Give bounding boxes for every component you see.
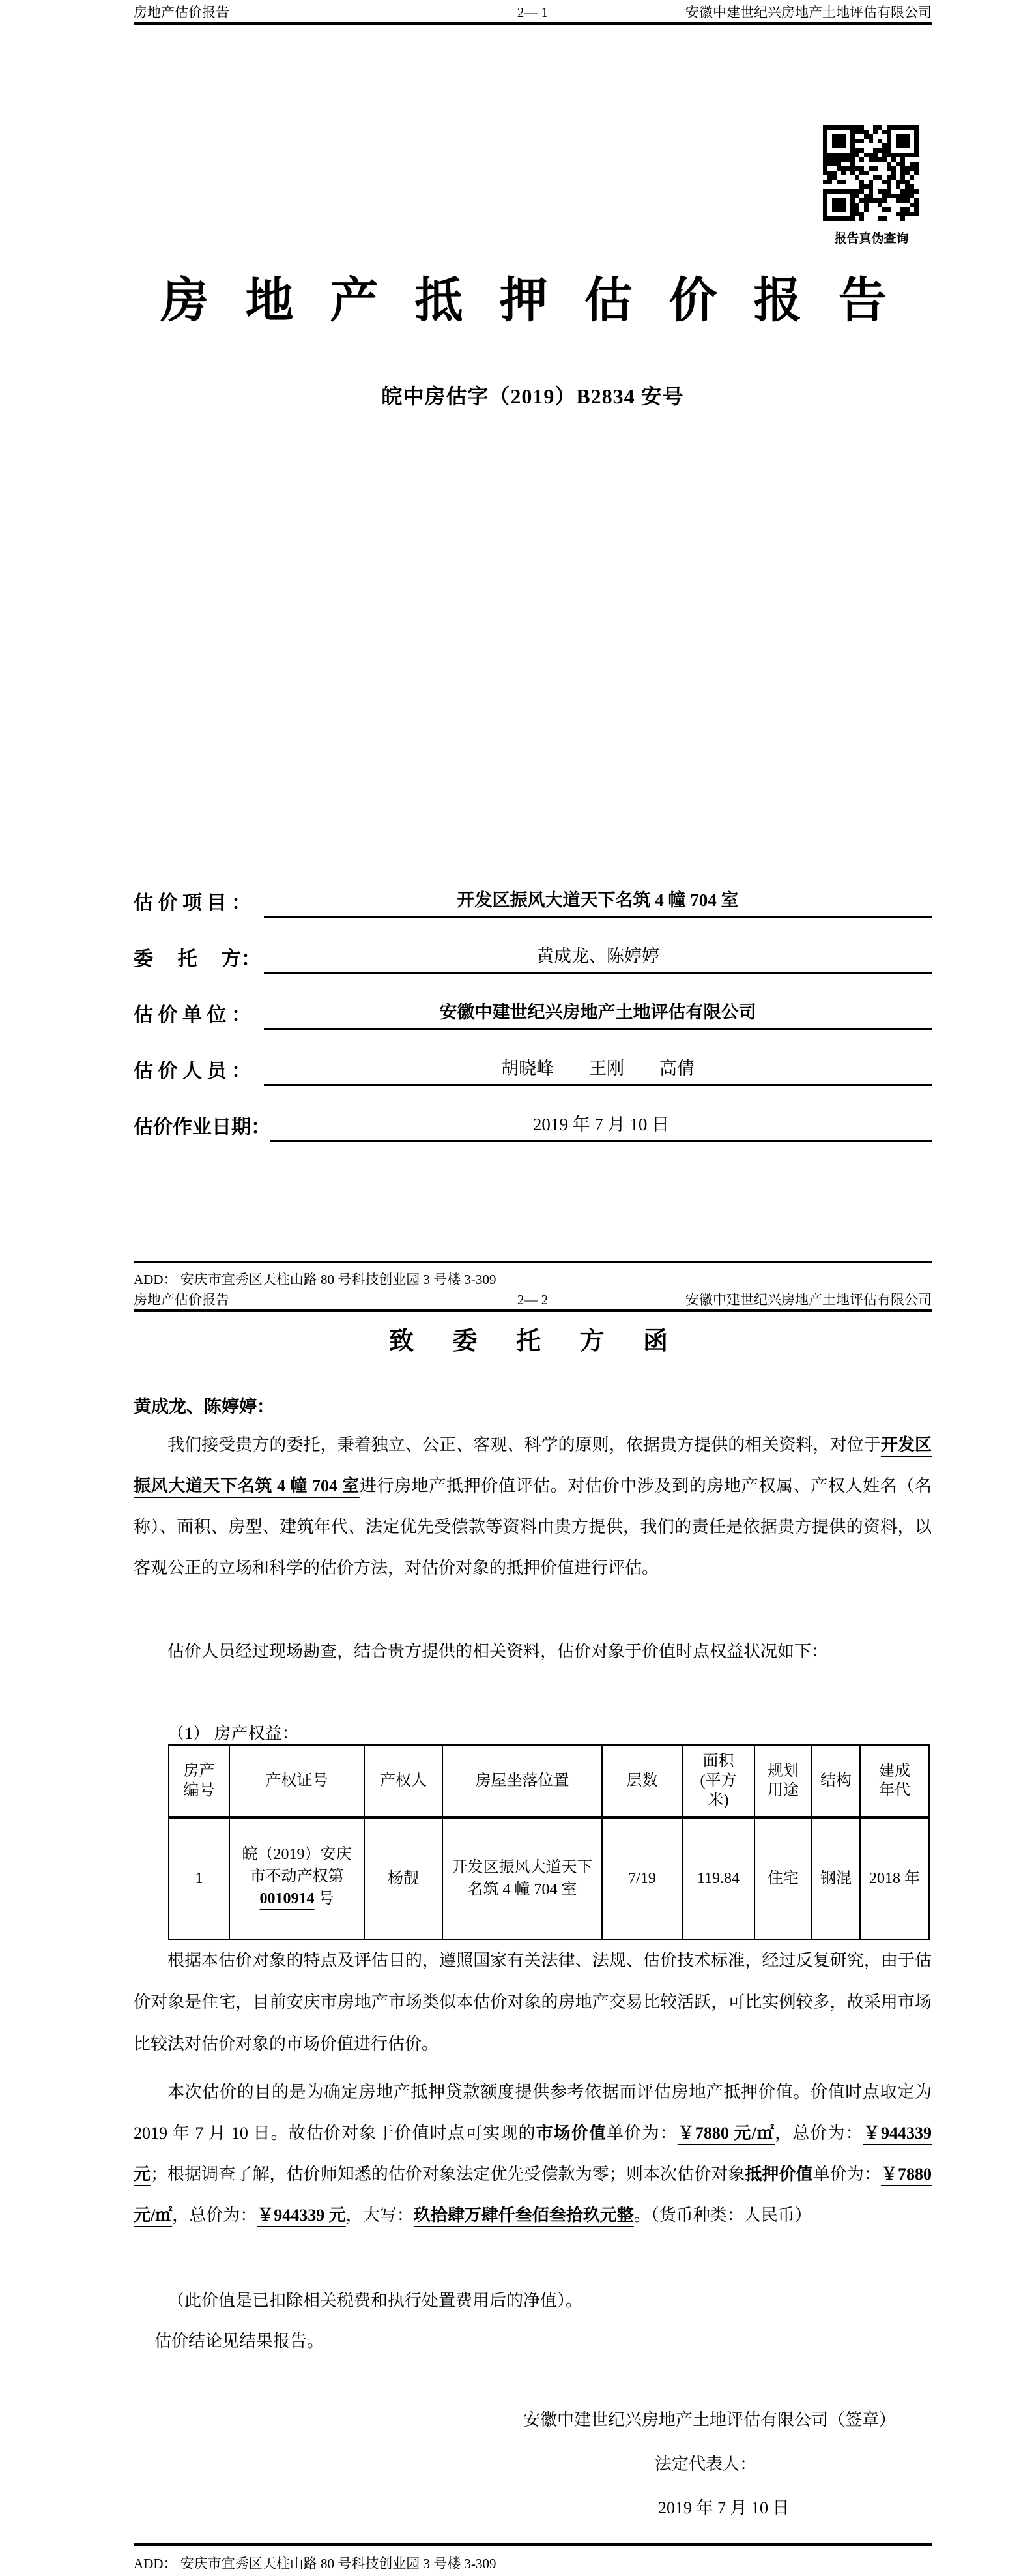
qr-caption: 报告真伪查询 [808, 229, 935, 246]
page2-footer-address: ADD： 安庆市宜秀区天柱山路 80 号科技创业园 3 号楼 3-309 [134, 2555, 932, 2572]
page1-footer-address: ADD： 安庆市宜秀区天柱山路 80 号科技创业园 3 号楼 3-309 [134, 1271, 932, 1288]
field-appraisal-agency: 估 价 单 位 ： 安徽中建世纪兴房地产土地评估有限公司 [134, 996, 932, 1030]
col-header-floors: 层数 [603, 1746, 683, 1819]
cell-structure: 钢混 [812, 1819, 861, 1939]
cell-planned-use: 住宅 [755, 1819, 812, 1939]
property-rights-table: 房产 编号 产权证号 产权人 房屋坐落位置 层数 面积 (平方 米) 规划 用途… [168, 1744, 930, 1940]
running-header-doc-type: 房地产估价报告 [134, 1291, 517, 1308]
field-label: 估 价 单 位 ： [134, 999, 264, 1030]
field-label: 估 价 项 目 ： [134, 886, 264, 918]
report-number: 皖中房估字（2019）B2834 安号 [134, 380, 932, 410]
col-header-area: 面积 (平方 米) [683, 1746, 755, 1819]
cell-owner: 杨靓 [365, 1819, 443, 1939]
field-appraisers: 估 价 人 员 ： 胡晓峰 王刚 高倩 [134, 1052, 932, 1086]
header-rule [134, 22, 932, 25]
cell-cert-no: 皖（2019）安庆市不动产权第 0010914 号 [230, 1819, 365, 1939]
qr-code [823, 125, 919, 221]
page2-header-rule [134, 1309, 932, 1312]
running-header-page-number: 2— 2 [517, 1291, 548, 1308]
field-value: 黄成龙、陈婷婷 [264, 944, 932, 974]
col-header-year-built: 建成 年代 [861, 1746, 928, 1819]
page1-footer-rule [134, 1261, 932, 1263]
letter-paragraph-1: 我们接受贵方的委托，秉着独立、公正、客观、科学的原则，依据贵方提供的相关资料，对… [134, 1424, 932, 1588]
letter-paragraph-3: 根据本估价对象的特点及评估目的，遵照国家有关法律、法规、估价技术标准，经过反复研… [134, 1940, 932, 2065]
col-header-structure: 结构 [812, 1746, 861, 1819]
running-header-page-number: 2— 1 [517, 4, 548, 21]
field-client: 委 托 方： 黄成龙、陈婷婷 [134, 940, 932, 974]
signature-legal-representative: 法定代表人： [134, 2451, 932, 2475]
cell-area: 119.84 [683, 1819, 755, 1939]
cell-property-no: 1 [169, 1819, 230, 1939]
report-title: 房地产抵押估价报告 [134, 262, 932, 331]
running-header-company: 安徽中建世纪兴房地产土地评估有限公司 [548, 4, 932, 21]
page2-running-header: 房地产估价报告 2— 2 安徽中建世纪兴房地产土地评估有限公司 [134, 1291, 932, 1308]
page1-running-header: 房地产估价报告 2— 1 安徽中建世纪兴房地产土地评估有限公司 [134, 4, 932, 21]
cover-fields: 估 价 项 目 ： 开发区振风大道天下名筑 4 幢 704 室 委 托 方： 黄… [134, 884, 932, 1164]
letter-paragraph-2: 估价人员经过现场勘查，结合贵方提供的相关资料，估价对象于价值时点权益状况如下： [134, 1631, 932, 1672]
field-appraisal-project: 估 价 项 目 ： 开发区振风大道天下名筑 4 幢 704 室 [134, 884, 932, 918]
table-header-row: 房产 编号 产权证号 产权人 房屋坐落位置 层数 面积 (平方 米) 规划 用途… [169, 1746, 928, 1819]
signature-date: 2019 年 7 月 10 日 [134, 2495, 932, 2519]
field-label: 委 托 方： [134, 943, 264, 974]
page2-footer-rule [134, 2543, 932, 2546]
field-value: 2019 年 7 月 10 日 [270, 1113, 932, 1142]
letter-paragraph-6: 估价结论见结果报告。 [134, 2320, 932, 2362]
field-value: 开发区振风大道天下名筑 4 幢 704 室 [264, 888, 932, 918]
signature-company: 安徽中建世纪兴房地产土地评估有限公司（签章） [134, 2407, 932, 2431]
letter-paragraph-5: （此价值是已扣除相关税费和执行处置费用后的净值）。 [134, 2280, 932, 2321]
running-header-company: 安徽中建世纪兴房地产土地评估有限公司 [548, 1291, 932, 1308]
field-label: 估 价 人 员 ： [134, 1055, 264, 1086]
cell-location: 开发区振风大道天下名筑 4 幢 704 室 [443, 1819, 603, 1939]
letter-title: 致 委 托 方 函 [134, 1321, 932, 1356]
running-header-doc-type: 房地产估价报告 [134, 4, 517, 21]
col-header-location: 房屋坐落位置 [443, 1746, 603, 1819]
col-header-property-no: 房产 编号 [169, 1746, 230, 1819]
letter-paragraph-4: 本次估价的目的是为确定房地产抵押贷款额度提供参考依据而评估房地产抵押价值。价值时… [134, 2071, 932, 2236]
field-value: 安徽中建世纪兴房地产土地评估有限公司 [264, 1001, 932, 1030]
table-row: 1 皖（2019）安庆市不动产权第 0010914 号 杨靓 开发区振风大道天下… [169, 1819, 928, 1939]
document-page: 房地产估价报告 2— 1 安徽中建世纪兴房地产土地评估有限公司 报告真伪查询 房… [0, 0, 1034, 2576]
field-value: 胡晓峰 王刚 高倩 [264, 1057, 932, 1086]
cell-floors: 7/19 [603, 1819, 683, 1939]
letter-salutation: 黄成龙、陈婷婷： [134, 1392, 932, 1418]
col-header-owner: 产权人 [365, 1746, 443, 1819]
cell-year-built: 2018 年 [861, 1819, 928, 1939]
col-header-cert-no: 产权证号 [230, 1746, 365, 1819]
field-appraisal-date: 估价作业日期： 2019 年 7 月 10 日 [134, 1108, 932, 1142]
col-header-planned-use: 规划 用途 [755, 1746, 812, 1819]
field-label: 估价作业日期： [134, 1111, 270, 1142]
